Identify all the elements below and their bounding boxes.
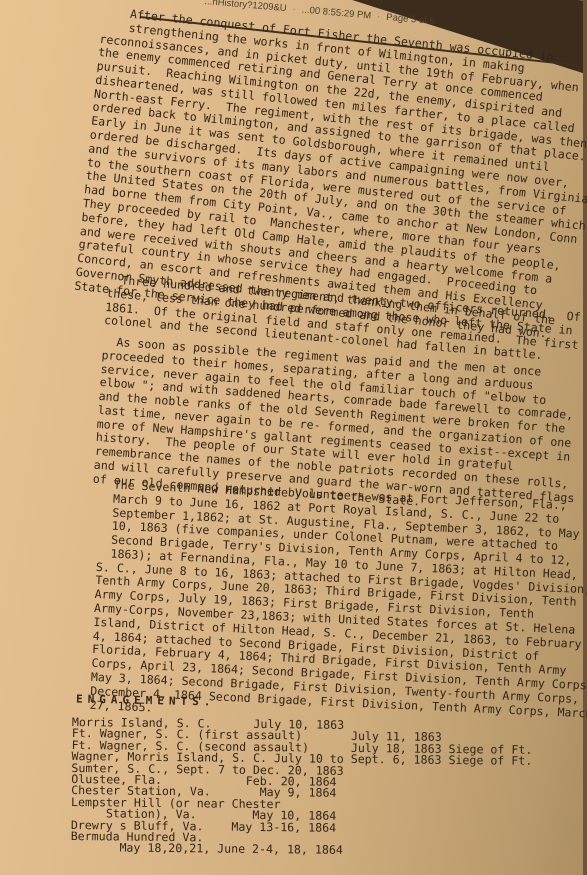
document-content: ...nHistory?1209&U·...00 8:55:29 PM·Page…	[0, 0, 587, 875]
print-header-timestamp: ...00 8:55:29 PM	[301, 5, 371, 22]
print-header-url: ...nHistory?1209&U	[204, 0, 287, 14]
page-number: Page 5 of 6	[386, 12, 435, 27]
engagements-list: Morris Island, S. C. July 10, 1863Ft. Wa…	[71, 716, 533, 858]
